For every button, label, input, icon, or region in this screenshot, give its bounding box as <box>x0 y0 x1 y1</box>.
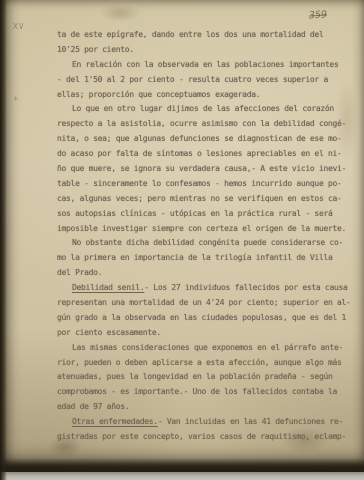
text-segment: - Van incluidas en las 41 defunciones re… <box>158 417 343 426</box>
text-segment: gún grado a la observada en las ciudades… <box>57 313 346 322</box>
text-segment: del Prado. <box>57 268 102 277</box>
text-line: respecto a la asistolia, ocurre asimismo… <box>57 117 353 132</box>
text-line: En relación con la observada en las pobl… <box>57 58 353 73</box>
underlined-heading: Otras enfermedades. <box>72 417 158 426</box>
text-line: ta de este epígrafe, dando entre los dos… <box>57 28 353 43</box>
scanned-document: XV * 359 ta de este epígrafe, dando entr… <box>0 0 364 480</box>
text-segment: edad de 97 años. <box>57 402 129 411</box>
text-line: ño que muere, se ignora su verdadera cau… <box>57 162 353 177</box>
text-segment: imposible investigar siempre con certeza… <box>57 224 346 233</box>
text-line: Otras enfermedades.- Van incluidas en la… <box>57 415 353 430</box>
text-line: No obstante dicha debilidad congénita pu… <box>57 236 353 251</box>
text-line: del Prado. <box>57 266 353 281</box>
text-line: gistradas por este concepto, varios caso… <box>57 430 353 445</box>
text-segment: Las mismas consideraciones que exponemos… <box>72 343 343 352</box>
text-line: representan una mortalidad de un 4'24 po… <box>57 296 353 311</box>
text-line: mo la primera en importancia de la trilo… <box>57 251 353 266</box>
text-segment: gistradas por este concepto, varios caso… <box>57 432 346 441</box>
text-line: - del 1'50 al 2 por ciento - resulta cua… <box>57 73 353 88</box>
text-line: imposible investigar siempre con certeza… <box>57 222 353 237</box>
text-line: table - sinceramente lo confesamos - hem… <box>57 177 353 192</box>
text-line: rior, pueden o deben aplicarse a esta af… <box>57 356 353 371</box>
text-segment: por ciento escasamente. <box>57 328 161 337</box>
paper-stain <box>90 0 150 26</box>
text-line: sos autopsias clínicas - utópicas en la … <box>57 207 353 222</box>
margin-label: XV <box>13 22 25 31</box>
text-line: gún grado a la observada en las ciudades… <box>57 311 353 326</box>
text-segment: table - sinceramente lo confesamos - hem… <box>57 179 342 188</box>
text-segment: No obstante dicha debilidad congénita pu… <box>72 238 343 247</box>
text-line: nita, o sea; que algunas defunciones se … <box>57 132 353 147</box>
scan-edge-shadow-bottom <box>0 458 364 472</box>
paper-sheet: XV * 359 ta de este epígrafe, dando entr… <box>0 0 364 472</box>
text-segment: ellas; proporción que conceptuamos exage… <box>57 90 260 99</box>
text-segment: cas, algunas veces; pero mientras no se … <box>57 194 342 203</box>
text-line: cas, algunas veces; pero mientras no se … <box>57 192 353 207</box>
text-segment: atenuadas, pues la longevidad en la pobl… <box>57 372 333 381</box>
text-line: por ciento escasamente. <box>57 326 353 341</box>
text-line: 10'25 por ciento. <box>57 43 353 58</box>
text-line: Debilidad senil.- Los 27 individuos fall… <box>57 281 353 296</box>
text-segment: do acaso por falta de síntomas o lesione… <box>57 149 342 158</box>
scanner-bed-strip <box>0 472 364 480</box>
text-segment: sos autopsias clínicas - utópicas en la … <box>57 209 333 218</box>
text-segment: rior, pueden o deben aplicarse a esta af… <box>57 358 342 367</box>
text-line: Las mismas consideraciones que exponemos… <box>57 341 353 356</box>
text-segment: - Los 27 individuos fallecidos por esta … <box>144 283 347 292</box>
text-segment: mo la primera en importancia de la trilo… <box>57 253 333 262</box>
text-line: Lo que en otro lugar dijimos de las afec… <box>57 102 353 117</box>
underlined-heading: Debilidad senil. <box>72 283 144 292</box>
text-segment: comprobamos - es importante.- Uno de los… <box>57 387 337 396</box>
page-number: 359 <box>309 10 328 22</box>
text-line: atenuadas, pues la longevidad en la pobl… <box>57 370 353 385</box>
text-segment: - del 1'50 al 2 por ciento - resulta cua… <box>57 75 328 84</box>
text-line: edad de 97 años. <box>57 400 353 415</box>
text-segment: nita, o sea; que algunas defunciones se … <box>57 134 342 143</box>
text-segment: En relación con la observada en las pobl… <box>72 60 338 69</box>
text-line: ellas; proporción que conceptuamos exage… <box>57 88 353 103</box>
text-segment: respecto a la asistolia, ocurre asimismo… <box>57 119 346 128</box>
text-segment: ta de este epígrafe, dando entre los dos… <box>57 30 323 39</box>
text-segment: Lo que en otro lugar dijimos de las afec… <box>72 104 334 113</box>
text-segment: ño que muere, se ignora su verdadera cau… <box>57 164 346 173</box>
text-segment: representan una mortalidad de un 4'24 po… <box>57 298 351 307</box>
margin-mark: * <box>13 96 18 106</box>
text-segment: 10'25 por ciento. <box>57 45 134 54</box>
typewritten-text: ta de este epígrafe, dando entre los dos… <box>57 28 353 445</box>
scan-edge-shadow-left <box>0 0 7 480</box>
text-line: do acaso por falta de síntomas o lesione… <box>57 147 353 162</box>
text-line: comprobamos - es importante.- Uno de los… <box>57 385 353 400</box>
